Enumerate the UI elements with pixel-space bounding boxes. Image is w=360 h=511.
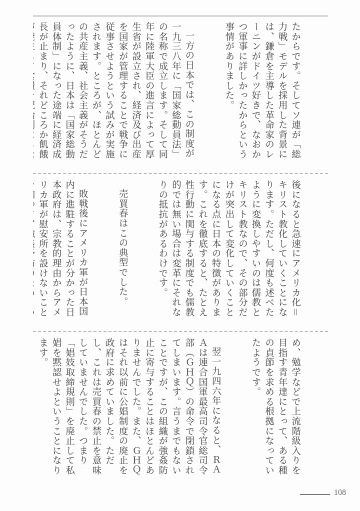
paragraph: 売買春はこの典型でした。 <box>115 180 128 325</box>
text-tier-middle: 後になると急速にアメリカ化＝キリスト教化していくことになります。ただし、何度も述… <box>33 180 328 325</box>
paragraph: め、勉学などで上流階級入りを目指す青年達にとって、ある種の貞節を求める根拠になっ… <box>248 338 301 483</box>
paragraph: 一方の日本では、この制度が一九三八年に「国家総動員法」の名称で成立します。そして… <box>33 22 195 167</box>
tier-divider <box>33 173 328 174</box>
paragraph: 翌一九四六年になると、ＲＡＡは連合国軍最高司令官総司令部（ＧＨＱ）の命令で閉鎖さ… <box>35 338 221 483</box>
vertical-text-block: め、勉学などで上流階級入りを目指す青年達にとって、ある種の貞節を求める根拠になっ… <box>33 338 328 483</box>
page-number: 108 <box>334 488 346 497</box>
vertical-text-block: たからです。そしてソ連が「総力戦」モデルを採用した背景には、鎌倉を主導した革命家… <box>33 22 328 167</box>
paragraph: 敗戦後にアメリカ軍が日本国内に進駐することが分かった日本政府は、宗教的理由からア… <box>33 180 89 325</box>
text-tier-lower: め、勉学などで上流階級入りを目指す青年達にとって、ある種の貞節を求める根拠になっ… <box>33 338 328 483</box>
paragraph: 後になると急速にアメリカ化＝キリスト教化していくことになります。ただし、何度も述… <box>155 180 301 325</box>
text-tier-upper: たからです。そしてソ連が「総力戦」モデルを採用した背景には、鎌倉を主導した革命家… <box>33 22 328 167</box>
vertical-text-block: 後になると急速にアメリカ化＝キリスト教化していくことになります。ただし、何度も述… <box>33 180 328 325</box>
paragraph: たからです。そしてソ連が「総力戦」モデルを採用した背景には、鎌倉を主導した革命家… <box>222 22 302 167</box>
page-number-rule <box>300 494 330 495</box>
tier-divider <box>33 331 328 332</box>
top-rule <box>33 15 328 17</box>
book-page: たからです。そしてソ連が「総力戦」モデルを採用した背景には、鎌倉を主導した革命家… <box>0 0 360 511</box>
